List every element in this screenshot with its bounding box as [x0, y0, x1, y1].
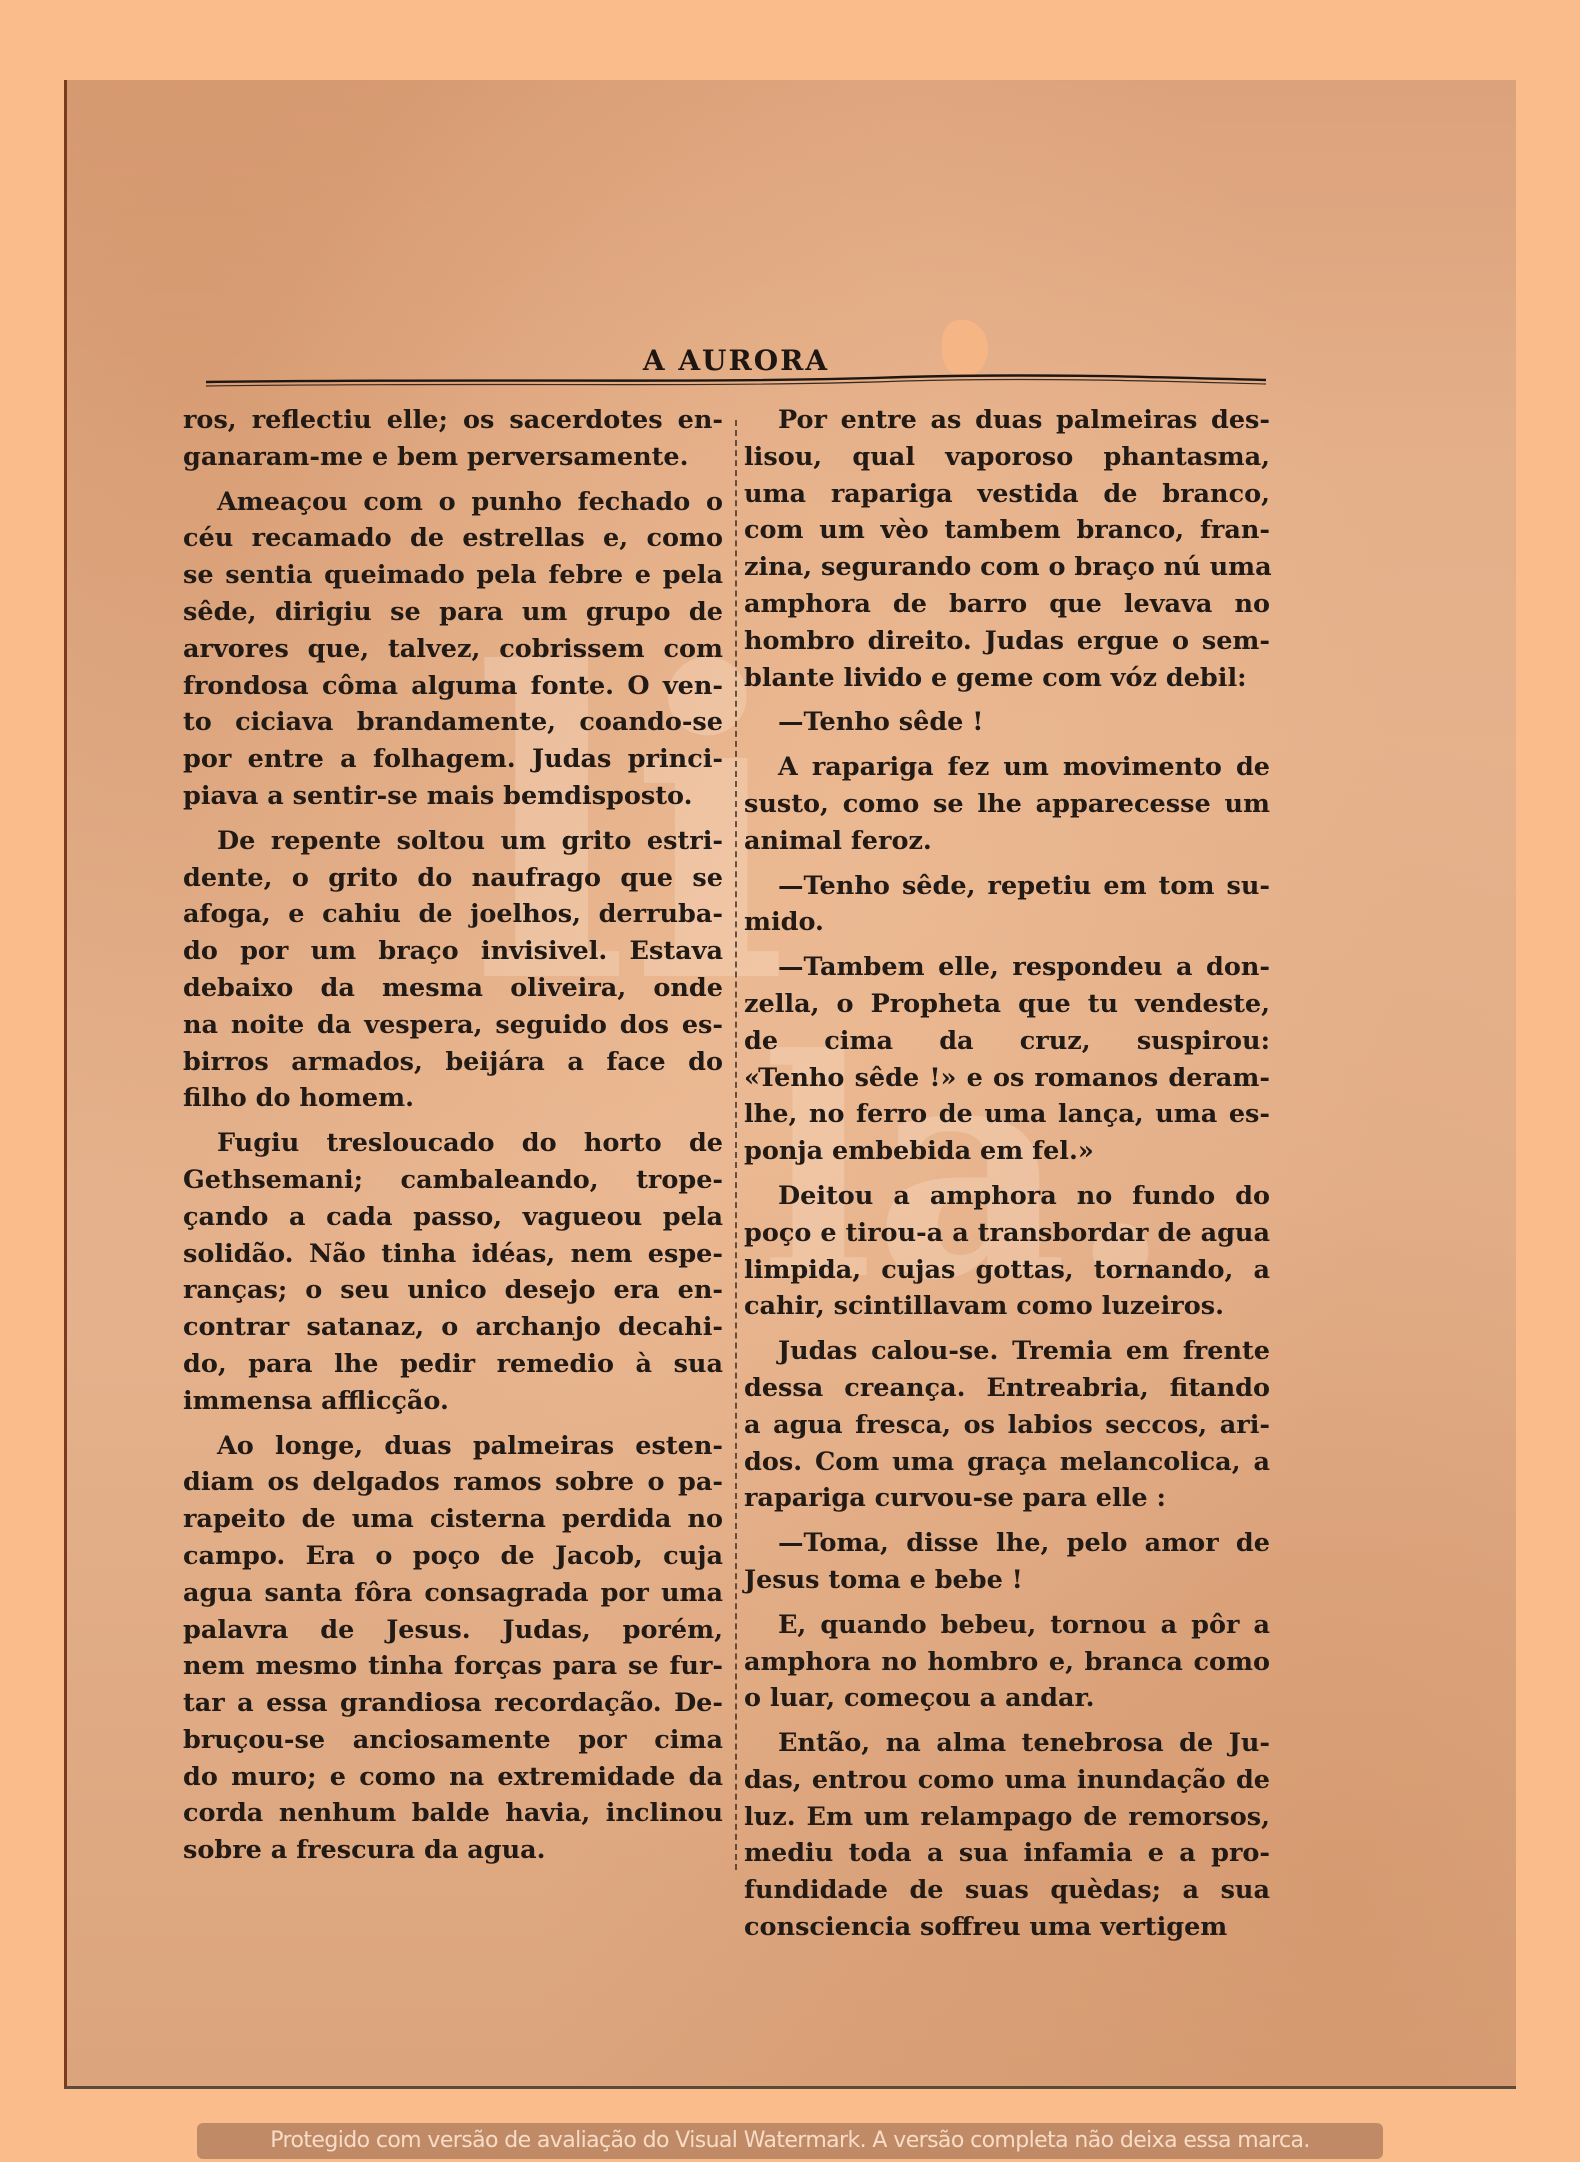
paragraph: E, quando bebeu, tornou a pôr aamphora n… [744, 1607, 1270, 1717]
text-line: cahir, scintillavam como luzeiros. [744, 1288, 1270, 1325]
watermark-notice-text: Protegido com versão de avaliação do Vis… [270, 2128, 1309, 2153]
text-line: —Tenho sêde ! [744, 704, 1270, 741]
page-header: A AURORA [204, 344, 1268, 384]
paragraph: A rapariga fez um movimento desusto, com… [744, 749, 1270, 859]
text-line: Jesus toma e bebe ! [744, 1562, 1270, 1599]
text-line: agua santa fôra consagrada por uma [183, 1575, 723, 1612]
paragraph: Judas calou-se. Tremia em frentedessa cr… [744, 1333, 1270, 1517]
text-line: rapeito de uma cisterna perdida no [183, 1501, 723, 1538]
paragraph-gap [744, 1717, 1270, 1725]
paragraph-gap [744, 860, 1270, 868]
text-line: poço e tirou-a a transbordar de agua [744, 1215, 1270, 1252]
paragraph-gap [183, 476, 723, 484]
text-line: mediu toda a sua infamia e a pro- [744, 1835, 1270, 1872]
paragraph: —Tenho sêde, repetiu em tom su-mido. [744, 868, 1270, 942]
paragraph-gap [183, 1117, 723, 1125]
text-line: hombro direito. Judas ergue o sem- [744, 623, 1270, 660]
text-line: blante livido e geme com vóz debil: [744, 660, 1270, 697]
text-line: susto, como se lhe apparecesse um [744, 786, 1270, 823]
text-line: se sentia queimado pela febre e pela [183, 557, 723, 594]
paragraph: —Toma, disse lhe, pelo amor deJesus toma… [744, 1525, 1270, 1599]
text-line: E, quando bebeu, tornou a pôr a [744, 1607, 1270, 1644]
text-line: debaixo da mesma oliveira, onde [183, 970, 723, 1007]
text-line: uma rapariga vestida de branco, [744, 476, 1270, 513]
paragraph: —Tenho sêde ! [744, 704, 1270, 741]
text-line: lhe, no ferro de uma lança, uma es- [744, 1096, 1270, 1133]
text-line: do por um braço invisivel. Estava [183, 933, 723, 970]
text-line: Gethsemani; cambaleando, trope- [183, 1162, 723, 1199]
text-line: piava a sentir-se mais bemdisposto. [183, 778, 723, 815]
text-line: —Tambem elle, respondeu a don- [744, 949, 1270, 986]
text-line: Fugiu tresloucado do horto de [183, 1125, 723, 1162]
text-line: immensa afflicção. [183, 1383, 723, 1420]
paragraph-gap [744, 1599, 1270, 1607]
paragraph-gap [183, 1420, 723, 1428]
paragraph: De repente soltou um grito estri-dente, … [183, 823, 723, 1117]
paragraph-gap [183, 815, 723, 823]
text-line: fundidade de suas quèdas; a sua [744, 1872, 1270, 1909]
text-line: limpida, cujas gottas, tornando, a [744, 1252, 1270, 1289]
text-line: filho do homem. [183, 1080, 723, 1117]
text-line: consciencia soffreu uma vertigem [744, 1909, 1270, 1946]
paragraph: —Tambem elle, respondeu a don-zella, o P… [744, 949, 1270, 1170]
text-line: arvores que, talvez, cobrissem com [183, 631, 723, 668]
text-line: campo. Era o poço de Jacob, cuja [183, 1538, 723, 1575]
text-line: solidão. Não tinha idéas, nem espe- [183, 1236, 723, 1273]
text-line: de cima da cruz, suspirou: [744, 1023, 1270, 1060]
text-line: Judas calou-se. Tremia em frente [744, 1333, 1270, 1370]
text-line: ponja embebida em fel.» [744, 1133, 1270, 1170]
text-line: o luar, começou a andar. [744, 1680, 1270, 1717]
text-line: Deitou a amphora no fundo do [744, 1178, 1270, 1215]
text-line: céu recamado de estrellas e, como [183, 520, 723, 557]
text-line: birros armados, beijára a face do [183, 1044, 723, 1081]
text-line: dente, o grito do naufrago que se [183, 860, 723, 897]
text-line: Ameaçou com o punho fechado o [183, 484, 723, 521]
text-line: bruçou-se anciosamente por cima [183, 1722, 723, 1759]
paragraph-gap [744, 941, 1270, 949]
paragraph-gap [744, 1170, 1270, 1178]
text-line: rapariga curvou-se para elle : [744, 1480, 1270, 1517]
paragraph: ros, reflectiu elle; os sacerdotes en-ga… [183, 402, 723, 476]
paragraph: Fugiu tresloucado do horto deGethsemani;… [183, 1125, 723, 1419]
text-line: zina, segurando com o braço nú uma [744, 549, 1270, 586]
text-line: Por entre as duas palmeiras des- [744, 402, 1270, 439]
text-line: Então, na alma tenebrosa de Ju- [744, 1725, 1270, 1762]
text-line: do, para lhe pedir remedio à sua [183, 1346, 723, 1383]
text-line: Ao longe, duas palmeiras esten- [183, 1428, 723, 1465]
paragraph-gap [744, 696, 1270, 704]
text-line: tar a essa grandiosa recordação. De- [183, 1685, 723, 1722]
text-line: a agua fresca, os labios seccos, ari- [744, 1407, 1270, 1444]
text-line: animal feroz. [744, 823, 1270, 860]
text-line: ganaram-me e bem perversamente. [183, 439, 723, 476]
text-line: sêde, dirigiu se para um grupo de [183, 594, 723, 631]
text-line: —Tenho sêde, repetiu em tom su- [744, 868, 1270, 905]
text-line: contrar satanaz, o archanjo decahi- [183, 1309, 723, 1346]
text-line: lisou, qual vaporoso phantasma, [744, 439, 1270, 476]
text-line: ranças; o seu unico desejo era en- [183, 1272, 723, 1309]
paragraph: Ameaçou com o punho fechado océu recamad… [183, 484, 723, 815]
text-line: luz. Em um relampago de remorsos, [744, 1799, 1270, 1836]
paragraph: Então, na alma tenebrosa de Ju-das, entr… [744, 1725, 1270, 1946]
header-double-rule [204, 370, 1268, 390]
paragraph: Deitou a amphora no fundo dopoço e tirou… [744, 1178, 1270, 1325]
paragraph-gap [744, 1325, 1270, 1333]
text-line: dos. Com uma graça melancolica, a [744, 1444, 1270, 1481]
paragraph: Ao longe, duas palmeiras esten-diam os d… [183, 1428, 723, 1870]
paragraph-gap [744, 1517, 1270, 1525]
text-line: sobre a frescura da agua. [183, 1832, 723, 1869]
column-divider [735, 420, 737, 1870]
text-line: frondosa côma alguma fonte. O ven- [183, 668, 723, 705]
watermark-notice-bar: Protegido com versão de avaliação do Vis… [197, 2123, 1383, 2159]
text-line: por entre a folhagem. Judas princi- [183, 741, 723, 778]
text-line: zella, o Propheta que tu vendeste, [744, 986, 1270, 1023]
text-line: palavra de Jesus. Judas, porém, [183, 1612, 723, 1649]
text-line: A rapariga fez um movimento de [744, 749, 1270, 786]
text-line: amphora no hombro e, branca como [744, 1644, 1270, 1681]
text-line: das, entrou como uma inundação de [744, 1762, 1270, 1799]
text-line: nem mesmo tinha forças para se fur- [183, 1648, 723, 1685]
text-line: do muro; e como na extremidade da [183, 1759, 723, 1796]
text-line: afoga, e cahiu de joelhos, derruba- [183, 896, 723, 933]
text-line: com um vèo tambem branco, fran- [744, 512, 1270, 549]
text-line: «Tenho sêde !» e os romanos deram- [744, 1060, 1270, 1097]
text-line: çando a cada passo, vagueou pela [183, 1199, 723, 1236]
text-line: De repente soltou um grito estri- [183, 823, 723, 860]
text-line: ros, reflectiu elle; os sacerdotes en- [183, 402, 723, 439]
text-line: amphora de barro que levava no [744, 586, 1270, 623]
paragraph: Por entre as duas palmeiras des-lisou, q… [744, 402, 1270, 696]
text-line: na noite da vespera, seguido dos es- [183, 1007, 723, 1044]
text-line: —Toma, disse lhe, pelo amor de [744, 1525, 1270, 1562]
text-line: dessa creança. Entreabria, fitando [744, 1370, 1270, 1407]
text-line: to ciciava brandamente, coando-se [183, 704, 723, 741]
paragraph-gap [744, 741, 1270, 749]
text-line: mido. [744, 904, 1270, 941]
text-line: corda nenhum balde havia, inclinou [183, 1795, 723, 1832]
text-line: diam os delgados ramos sobre o pa- [183, 1464, 723, 1501]
article-column-right: Por entre as duas palmeiras des-lisou, q… [744, 402, 1270, 1946]
article-column-left: ros, reflectiu elle; os sacerdotes en-ga… [183, 402, 723, 1869]
